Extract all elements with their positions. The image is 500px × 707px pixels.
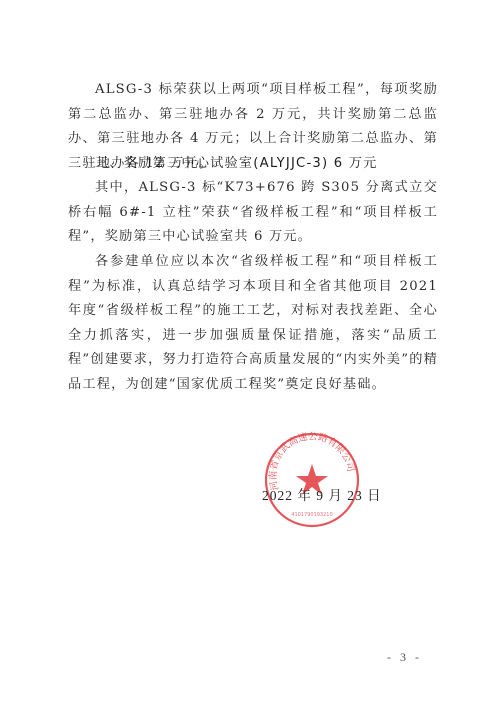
paragraph-award-lab: 其中，ALSG-3 标“K73+676 跨 S305 分离式立交桥右幅 6#-1… [68,176,438,250]
section-heading-3: 三、奖励第三中心试验室(ALYJJC-3) 6 万元 [68,152,438,177]
page-number: - 3 - [387,650,422,665]
paragraph-requirements: 各参建单位应以本次“省级样板工程”和“项目样板工程”为标准，认真总结学习本项目和… [68,250,438,397]
document-date: 2022 年 9 月 23 日 [262,484,382,504]
official-seal-icon: 河南省京武高速公路有限公司 4101790193210 [262,430,362,530]
document-page: ALSG-3 标荣获以上两项“项目样板工程”，每项奖励第二总监办、第三驻地办各 … [0,0,500,707]
svg-text:4101790193210: 4101790193210 [291,512,332,518]
